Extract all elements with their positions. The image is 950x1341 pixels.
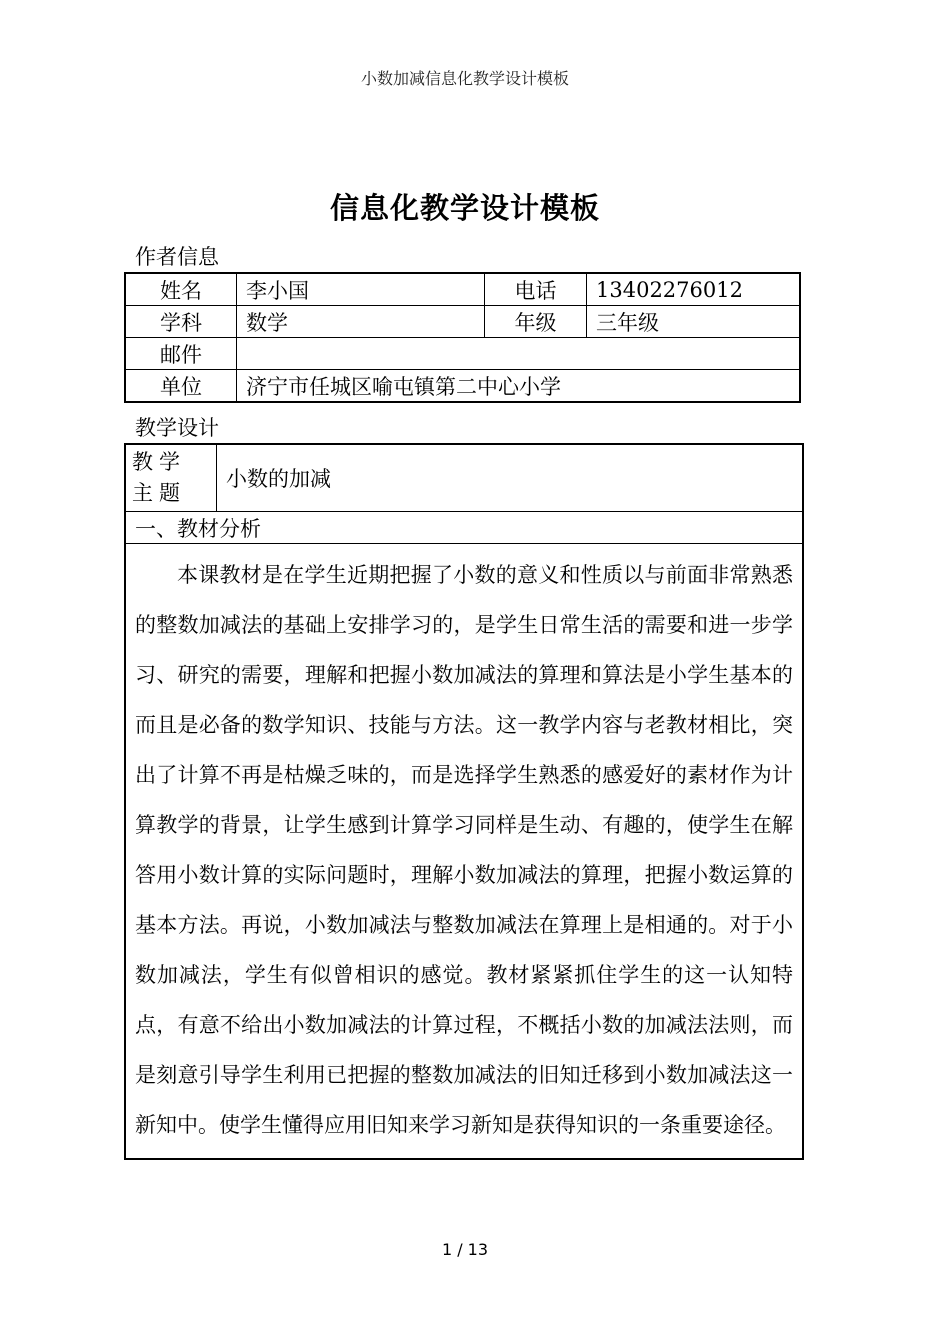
subject-label: 学科 xyxy=(125,306,237,338)
table-row: 单位 济宁市任城区喻屯镇第二中心小学 xyxy=(125,370,800,403)
table-row: 邮件 xyxy=(125,338,800,370)
table-row: 本课教材是在学生近期把握了小数的意义和性质以与前面非常熟悉的整数加减法的基础上安… xyxy=(125,544,803,1160)
author-info-table: 姓名 李小国 电话 13402276012 学科 数学 年级 三年级 邮件 单位… xyxy=(124,272,801,403)
analysis-paragraph: 本课教材是在学生近期把握了小数的意义和性质以与前面非常熟悉的整数加减法的基础上安… xyxy=(135,550,793,1150)
unit-value: 济宁市任城区喻屯镇第二中心小学 xyxy=(237,370,801,403)
table-row: 姓名 李小国 电话 13402276012 xyxy=(125,273,800,306)
subject-value: 数学 xyxy=(237,306,485,338)
table-row: 教学主题 小数的加减 xyxy=(125,444,803,512)
teaching-design-table: 教学主题 小数的加减 一、教材分析 本课教材是在学生近期把握了小数的意义和性质以… xyxy=(124,443,804,1160)
table-row: 一、教材分析 xyxy=(125,512,803,544)
analysis-heading: 一、教材分析 xyxy=(125,512,803,544)
topic-label: 教学主题 xyxy=(125,444,217,512)
unit-label: 单位 xyxy=(125,370,237,403)
grade-label: 年级 xyxy=(485,306,587,338)
name-label: 姓名 xyxy=(125,273,237,306)
topic-value: 小数的加减 xyxy=(217,444,804,512)
phone-label: 电话 xyxy=(485,273,587,306)
page-header-title: 小数加减信息化教学设计模板 xyxy=(0,66,930,89)
name-value: 李小国 xyxy=(237,273,485,306)
document-title: 信息化教学设计模板 xyxy=(0,186,930,227)
teaching-design-heading: 教学设计 xyxy=(135,412,219,442)
author-info-heading: 作者信息 xyxy=(135,241,219,271)
email-value xyxy=(237,338,801,370)
table-row: 学科 数学 年级 三年级 xyxy=(125,306,800,338)
analysis-cell: 本课教材是在学生近期把握了小数的意义和性质以与前面非常熟悉的整数加减法的基础上安… xyxy=(125,544,803,1160)
grade-value: 三年级 xyxy=(587,306,801,338)
email-label: 邮件 xyxy=(125,338,237,370)
page-indicator: 1 / 13 xyxy=(0,1240,930,1259)
phone-value: 13402276012 xyxy=(587,273,801,306)
